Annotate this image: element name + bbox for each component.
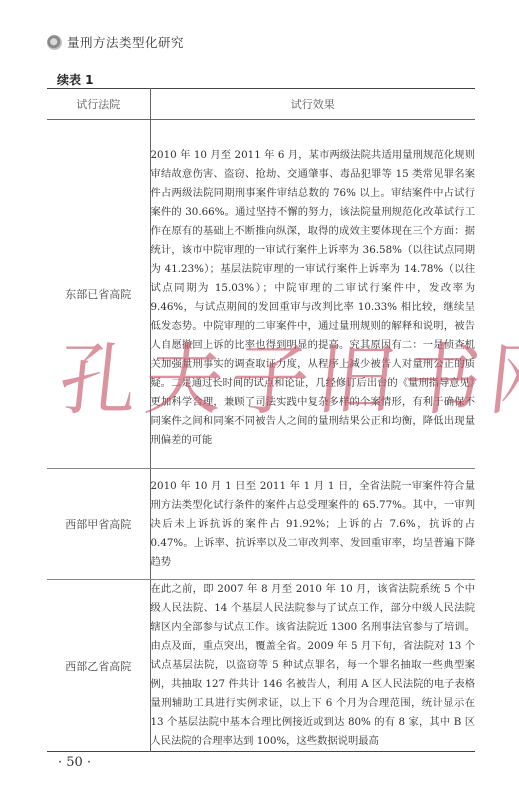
- column-header-court: 试行法院: [47, 89, 150, 120]
- court-cell: 西部甲省高院: [47, 469, 150, 580]
- effect-cell: 2010 年 10 月 1 日至 2011 年 1 月 1 日，全省法院一审案件…: [150, 469, 475, 580]
- effect-cell: 在此之前，即 2007 年 8 月至 2010 年 10 月，该省法院系统 5 …: [150, 580, 475, 752]
- running-title: 量刑方法类型化研究: [67, 33, 184, 51]
- table-row: 东部已省高院 2010 年 10 月至 2011 年 6 月，某市两级法院共适用…: [47, 120, 475, 469]
- table-header-row: 试行法院 试行效果: [47, 89, 475, 120]
- effect-cell: 2010 年 10 月至 2011 年 6 月，某市两级法院共适用量刑规范化规则…: [150, 120, 475, 469]
- table-row: 西部甲省高院 2010 年 10 月 1 日至 2011 年 1 月 1 日，全…: [47, 469, 475, 580]
- trial-results-table: 试行法院 试行效果 东部已省高院 2010 年 10 月至 2011 年 6 月…: [47, 88, 475, 752]
- page-number: · 50 ·: [58, 755, 91, 770]
- emblem-icon: [47, 35, 62, 50]
- court-cell: 东部已省高院: [47, 120, 150, 469]
- table-caption: 续表 1: [57, 71, 94, 88]
- court-cell: 西部乙省高院: [47, 580, 150, 752]
- running-head: 量刑方法类型化研究: [47, 33, 184, 51]
- table-row: 西部乙省高院 在此之前，即 2007 年 8 月至 2010 年 10 月，该省…: [47, 580, 475, 752]
- column-header-effect: 试行效果: [150, 89, 475, 120]
